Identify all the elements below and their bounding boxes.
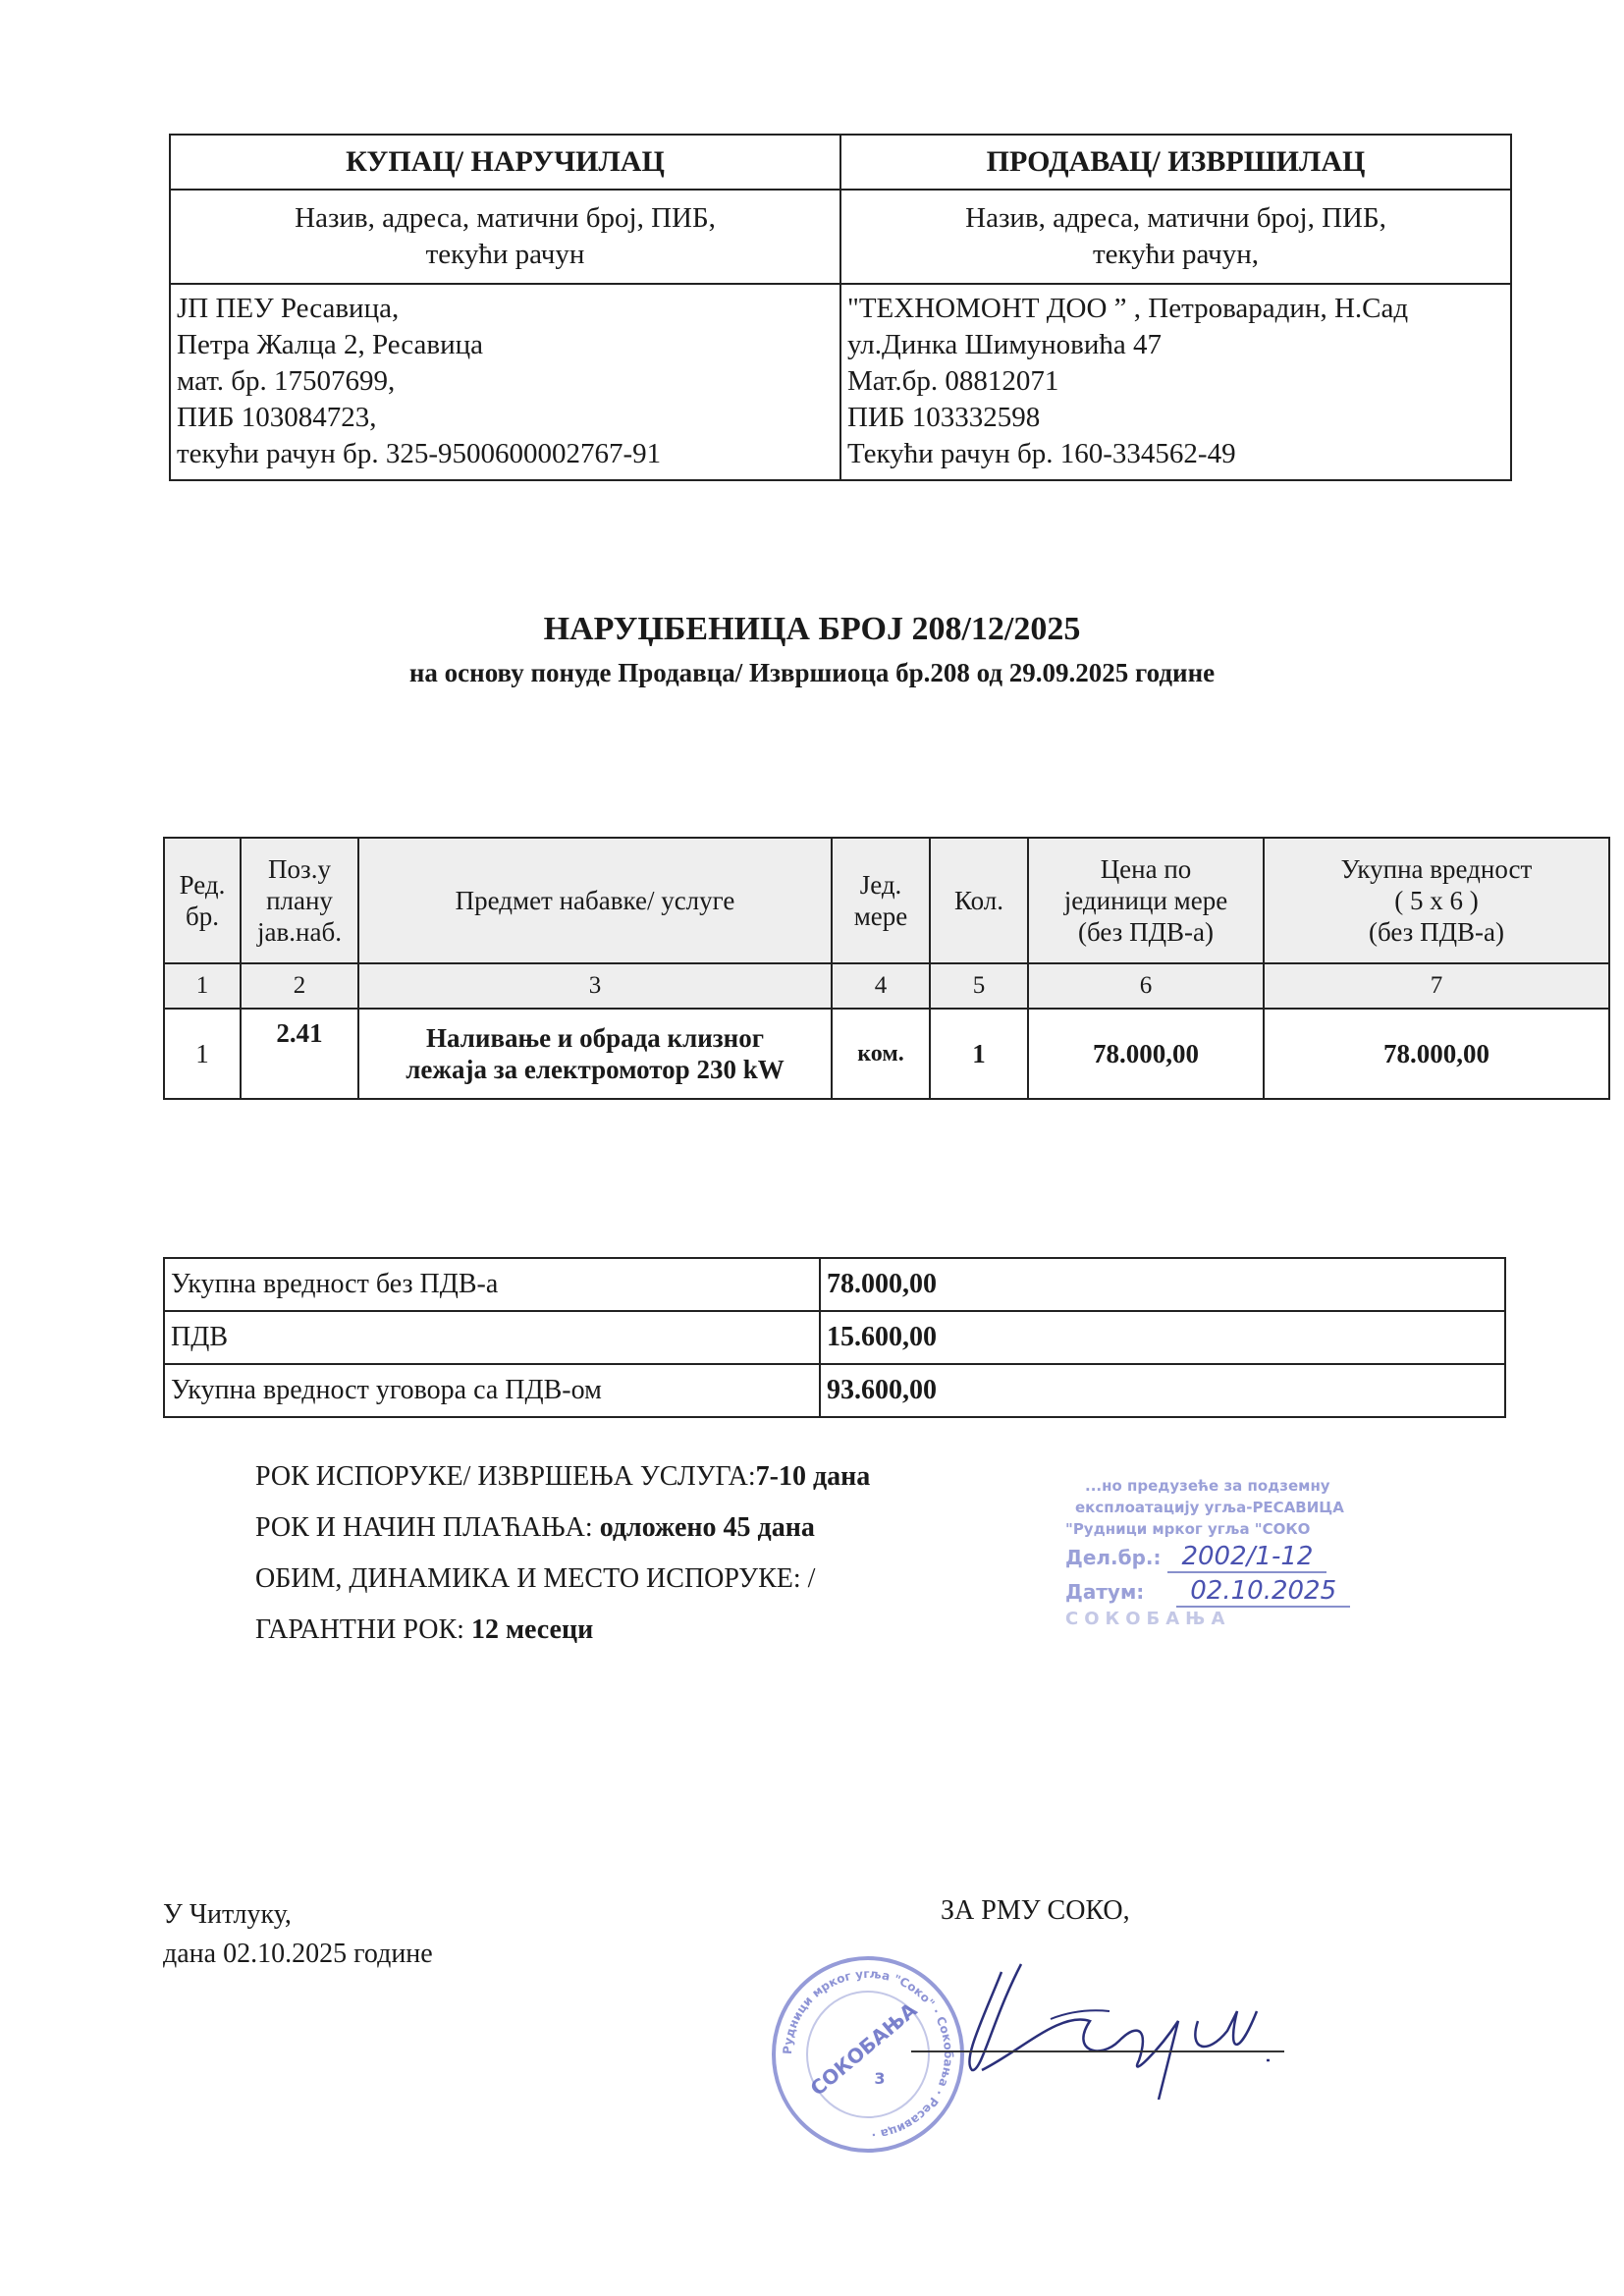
- seller-heading: ПРОДАВАЦ/ ИЗВРШИЛАЦ: [840, 135, 1511, 190]
- round-stamp-icon: Рудници мрког угља "Соко" · Сокобања · Р…: [770, 1956, 966, 2153]
- column-number: 3: [358, 963, 832, 1009]
- term-label: РОК И НАЧИН ПЛАЋАЊА:: [255, 1512, 600, 1543]
- term-value: 7-10 дана: [756, 1461, 871, 1492]
- row-subject-line: Наливање и обрада клизног: [359, 1022, 831, 1054]
- svg-text:3: 3: [874, 2069, 885, 2088]
- column-number: 5: [930, 963, 1028, 1009]
- seller-subheading-line: текући рачун,: [841, 237, 1510, 273]
- buyer-tax-id: ПИБ 103084723,: [177, 400, 834, 436]
- date-line: дана 02.10.2025 године: [163, 1935, 433, 1974]
- term-value: 12 месеци: [471, 1614, 593, 1645]
- stamp-line: ...но предузеће за подземну: [1065, 1475, 1419, 1497]
- summary-row: Укупна вредност без ПДВ-а 78.000,00: [164, 1258, 1505, 1311]
- row-no: 1: [164, 1009, 241, 1099]
- summary-label: Укупна вредност уговора са ПДВ-ом: [164, 1364, 820, 1417]
- place-line: У Читлуку,: [163, 1895, 433, 1935]
- header-text: Јед.: [833, 869, 929, 901]
- seller-account: Текући рачун бр. 160-334562-49: [847, 436, 1504, 472]
- term-label: ОБИМ, ДИНАМИКА И МЕСТО ИСПОРУКЕ: /: [255, 1563, 815, 1594]
- buyer-account: текући рачун бр. 325-9500600002767-91: [177, 436, 834, 472]
- stamp-line: "Рудници мрког угља "СОКО: [1065, 1518, 1419, 1540]
- header-text: (без ПДВ-а): [1265, 916, 1608, 948]
- column-number-row: 1 2 3 4 5 6 7: [164, 963, 1609, 1009]
- document-title: НАРУЏБЕНИЦА БРОЈ 208/12/2025: [0, 611, 1624, 648]
- column-number: 1: [164, 963, 241, 1009]
- term-delivery: РОК ИСПОРУКЕ/ ИЗВРШЕЊА УСЛУГА:7-10 дана: [255, 1451, 870, 1503]
- buyer-subheading-line: Назив, адреса, матични број, ПИБ,: [171, 200, 839, 237]
- seller-subheading-line: Назив, адреса, матични број, ПИБ,: [841, 200, 1510, 237]
- stamp-reg-number: 2002/1-12: [1167, 1542, 1326, 1573]
- signature-line: [911, 2050, 1284, 2052]
- row-total: 78.000,00: [1264, 1009, 1609, 1099]
- header-no: Ред. бр.: [164, 838, 241, 963]
- registration-stamp: ...но предузеће за подземну експлоатациј…: [1065, 1475, 1419, 1671]
- header-unit: Јед. мере: [832, 838, 930, 963]
- party-table: КУПАЦ/ НАРУЧИЛАЦ ПРОДАВАЦ/ ИЗВРШИЛАЦ Наз…: [169, 134, 1512, 481]
- column-number: 4: [832, 963, 930, 1009]
- header-text: (без ПДВ-а): [1029, 916, 1263, 948]
- seller-name: "ТЕХНОМОНТ ДОО ” , Петроварадин, Н.Сад: [847, 291, 1504, 327]
- items-table: Ред. бр. Поз.у плану јав.наб. Предмет на…: [163, 837, 1610, 1100]
- term-label: РОК ИСПОРУКЕ/ ИЗВРШЕЊА УСЛУГА:: [255, 1461, 756, 1492]
- header-text: Предмет набавке/ услуге: [359, 885, 831, 916]
- term-warranty: ГАРАНТНИ РОК: 12 месеци: [255, 1605, 870, 1656]
- buyer-heading: КУПАЦ/ НАРУЧИЛАЦ: [170, 135, 840, 190]
- header-text: Поз.у: [242, 853, 357, 885]
- stamp-reg-label: Дел.бр.:: [1065, 1546, 1162, 1569]
- header-text: Ред.: [165, 869, 240, 901]
- header-text: плану: [242, 885, 357, 916]
- term-scope: ОБИМ, ДИНАМИКА И МЕСТО ИСПОРУКЕ: /: [255, 1554, 870, 1605]
- buyer-subheading-line: текући рачун: [171, 237, 839, 273]
- column-number: 7: [1264, 963, 1609, 1009]
- summary-value: 93.600,00: [820, 1364, 1505, 1417]
- header-text: мере: [833, 901, 929, 932]
- seller-tax-id: ПИБ 103332598: [847, 400, 1504, 436]
- summary-row: Укупна вредност уговора са ПДВ-ом 93.600…: [164, 1364, 1505, 1417]
- seller-address: ул.Динка Шимуновића 47: [847, 327, 1504, 363]
- summary-label: Укупна вредност без ПДВ-а: [164, 1258, 820, 1311]
- row-quantity: 1: [930, 1009, 1028, 1099]
- seller-reg-number: Мат.бр. 08812071: [847, 363, 1504, 400]
- header-text: бр.: [165, 901, 240, 932]
- header-quantity: Кол.: [930, 838, 1028, 963]
- terms-list: РОК ИСПОРУКЕ/ ИЗВРШЕЊА УСЛУГА:7-10 дана …: [255, 1451, 870, 1656]
- row-subject-line: лежаја за електромотор 230 kW: [359, 1054, 831, 1085]
- seller-info: "ТЕХНОМОНТ ДОО ” , Петроварадин, Н.Сад у…: [840, 284, 1511, 480]
- header-text: Цена по: [1029, 853, 1263, 885]
- summary-value: 78.000,00: [820, 1258, 1505, 1311]
- header-text: јединици мере: [1029, 885, 1263, 916]
- row-subject: Наливање и обрада клизног лежаја за елек…: [358, 1009, 832, 1099]
- summary-value: 15.600,00: [820, 1311, 1505, 1364]
- signature-icon: [943, 1962, 1296, 2100]
- header-unit-price: Цена по јединици мере (без ПДВ-а): [1028, 838, 1264, 963]
- column-number: 6: [1028, 963, 1264, 1009]
- table-row: 1 2.41 Наливање и обрада клизног лежаја …: [164, 1009, 1609, 1099]
- term-value: одложено 45 дана: [600, 1512, 815, 1543]
- stamp-place: СОКОБАЊА: [1065, 1609, 1419, 1630]
- summary-table: Укупна вредност без ПДВ-а 78.000,00 ПДВ …: [163, 1257, 1506, 1418]
- row-unit-price: 78.000,00: [1028, 1009, 1264, 1099]
- place-date: У Читлуку, дана 02.10.2025 године: [163, 1895, 433, 1974]
- term-payment: РОК И НАЧИН ПЛАЋАЊА: одложено 45 дана: [255, 1503, 870, 1554]
- header-plan-position: Поз.у плану јав.наб.: [241, 838, 358, 963]
- stamp-line: експлоатацију угља-РЕСАВИЦА: [1065, 1497, 1419, 1518]
- summary-row: ПДВ 15.600,00: [164, 1311, 1505, 1364]
- seller-subheading: Назив, адреса, матични број, ПИБ, текући…: [840, 190, 1511, 284]
- term-label: ГАРАНТНИ РОК:: [255, 1614, 471, 1645]
- buyer-address: Петра Жалца 2, Ресавица: [177, 327, 834, 363]
- buyer-name: ЈП ПЕУ Ресавица,: [177, 291, 834, 327]
- header-text: Кол.: [931, 885, 1027, 916]
- summary-label: ПДВ: [164, 1311, 820, 1364]
- header-total: Укупна вредност ( 5 x 6 ) (без ПДВ-а): [1264, 838, 1609, 963]
- header-text: ( 5 x 6 ): [1265, 885, 1608, 916]
- row-plan-position: 2.41: [241, 1009, 358, 1099]
- row-unit: ком.: [832, 1009, 930, 1099]
- column-number: 2: [241, 963, 358, 1009]
- header-text: јав.наб.: [242, 916, 357, 948]
- stamp-date-label: Датум:: [1065, 1580, 1144, 1604]
- for-organization: ЗА РМУ СОКО,: [941, 1895, 1130, 1927]
- document-subtitle: на основу понуде Продавца/ Извршиоца бр.…: [0, 658, 1624, 688]
- buyer-subheading: Назив, адреса, матични број, ПИБ, текући…: [170, 190, 840, 284]
- stamp-date-value: 02.10.2025: [1176, 1576, 1350, 1608]
- buyer-reg-number: мат. бр. 17507699,: [177, 363, 834, 400]
- items-header-row: Ред. бр. Поз.у плану јав.наб. Предмет на…: [164, 838, 1609, 963]
- header-text: Укупна вредност: [1265, 853, 1608, 885]
- buyer-info: ЈП ПЕУ Ресавица, Петра Жалца 2, Ресавица…: [170, 284, 840, 480]
- header-subject: Предмет набавке/ услуге: [358, 838, 832, 963]
